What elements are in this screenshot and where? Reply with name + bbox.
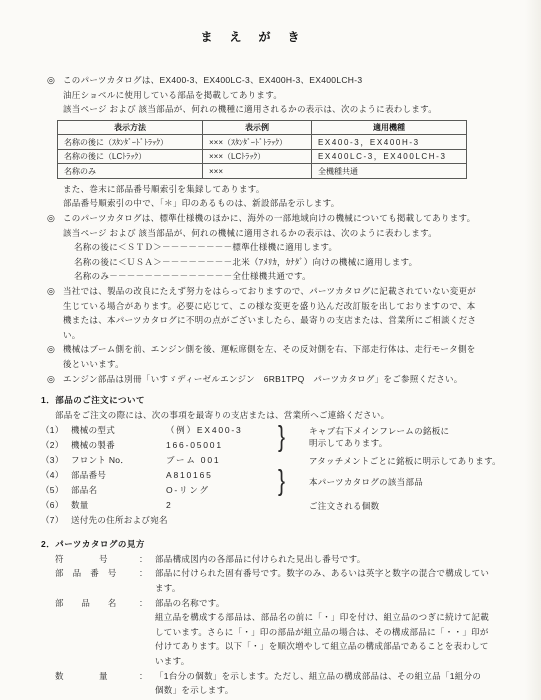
definition-colon: ： [139, 566, 155, 581]
table-cell: ×××（LCﾄﾗｯｸ） [203, 149, 312, 164]
text-line: 名称の後に＜ＳＴＤ＞－－－－－－－－標準仕様機に適用します。 [63, 240, 513, 255]
text-line: 部品番号順索引の中で、「＊」印のあるものは、新設部品を示します。 [63, 196, 513, 211]
text-line: 付けてあります。以下「・」を順次増やして組立品の構成部品であることを表わして [155, 639, 513, 654]
double-circle-bullet-icon: ◎ [47, 73, 63, 88]
definition-row-part-name: 部 品 名 ： 部品の名称です。 組立品を構成する部品は、部品名の前に「・」印を… [55, 596, 513, 669]
preface-note-4: ◎ 機械はブーム側を前、エンジン側を後、運転席側を左、その反対側を右、下部走行体… [47, 342, 513, 371]
item-label: 送付先の住所および宛名 [71, 513, 166, 528]
text-line: 名称のみ－－－－－－－－－－－－－－全仕様機共通です。 [63, 269, 513, 284]
table-cell: 名称のみ [58, 164, 203, 179]
double-circle-bullet-icon: ◎ [47, 372, 63, 387]
item-number: （1） [41, 423, 71, 438]
definition-term: 数 量 [55, 669, 139, 684]
annotation-line: キャブ右下メインフレームの銘板に [309, 425, 449, 437]
item-label: 機械の型式 [71, 423, 166, 438]
table-cell: 名称の後に（LCﾄﾗｯｸ） [58, 149, 203, 164]
definition-row-quantity: 数 量 ： 「1台分の個数」を示します。ただし、組立品の構成部品は、その組立品「… [55, 669, 513, 698]
table-cell: ××× [203, 164, 312, 179]
annotation-quantity: ご注文される個数 [309, 499, 379, 514]
text-line: 名称の後に＜ＵＳＡ＞－－－－－－－－北米（ｱﾒﾘｶ，ｶﾅﾀﾞ）向けの機械に適用し… [63, 255, 513, 270]
document-page: まえがき ◎ このパーツカタログは、EX400-3、EX400LC-3、EX40… [0, 0, 541, 700]
definition-term: 符 号 [55, 552, 139, 567]
text-line: 部品の名称です。 [155, 596, 513, 611]
order-items: （1） 機械の型式 （例）EX400-3 （2） 機械の製番 166-05001… [41, 423, 513, 528]
order-item: （5） 部品名 O-リング [41, 483, 513, 498]
item-number: （3） [41, 453, 71, 468]
definition-colon: ： [139, 596, 155, 611]
definition-colon: ： [139, 669, 155, 684]
table-cell: EX400-3，EX400H-3 [312, 135, 467, 150]
table-cell: 名称の後に（ｽﾀﾝﾀﾞｰﾄﾞﾄﾗｯｸ） [58, 135, 203, 150]
section-heading: 2．パーツカタログの見方 [41, 537, 513, 552]
column-header-display-example: 表示例 [203, 120, 312, 135]
text-line: 当社では、製品の改良にたえず努力をはらっておりますので、パーツカタログに記載され… [63, 284, 513, 299]
table-cell: ×××（ｽﾀﾝﾀﾞｰﾄﾞﾄﾗｯｸ） [203, 135, 312, 150]
preface-note-3: ◎ 当社では、製品の改良にたえず努力をはらっておりますので、パーツカタログに記載… [47, 284, 513, 342]
column-header-applicable-models: 適用機種 [312, 120, 467, 135]
text-line: 機または、本パーツカタログに不明の点がございましたら、最寄りの支店または、営業所… [63, 313, 513, 328]
text-line: 後といいます。 [63, 357, 513, 372]
howto-section: 2．パーツカタログの見方 符 号 ： 部品構成図内の各部品に付けられた見出し番号… [41, 537, 513, 698]
preface-note-2: ◎ このパーツカタログは、標準仕様機のほかに、海外の一部地域向けの機械についても… [47, 211, 513, 284]
table-row: 名称の後に（ｽﾀﾝﾀﾞｰﾄﾞﾄﾗｯｸ） ×××（ｽﾀﾝﾀﾞｰﾄﾞﾄﾗｯｸ） EX… [58, 135, 467, 150]
text-line: エンジン部品は別冊「いすゞディーゼルエンジン 6RB1TPQ パーツカタログ」を… [63, 372, 513, 387]
text-line: このパーツカタログは、標準仕様機のほかに、海外の一部地域向けの機械についても掲載… [63, 211, 513, 226]
order-item: （6） 数量 2 [41, 498, 513, 513]
definition-row-part-number: 部 品 番 号 ： 部品に付けられた固有番号です。数字のみ、あるいは英字と数字の… [55, 566, 513, 595]
table-row: 名称のみ ××× 全機種共通 [58, 164, 467, 179]
text-line: 生じている場合があります。必要に応じて、この様な変更を盛り込んだ改訂版を出してお… [63, 299, 513, 314]
text-line: 油圧ショベルに使用している部品を掲載してあります。 [63, 88, 513, 103]
preface-note-1: ◎ このパーツカタログは、EX400-3、EX400LC-3、EX400H-3、… [47, 73, 513, 211]
item-value: 2 [166, 498, 278, 513]
text-line: 個数」を示します。 [155, 683, 513, 698]
annotation-attachment: アタッチメントごとに銘板に明示してあります。 [309, 454, 501, 469]
definition-colon: ： [139, 552, 155, 567]
item-value: ブーム 001 [166, 453, 278, 468]
table-header-row: 表示方法 表示例 適用機種 [58, 120, 467, 135]
brace-icon: } [278, 418, 285, 459]
definition-term: 部 品 名 [55, 596, 139, 611]
text-line: しています。さらに「・」印の部品が組立品の場合は、その構成部品に「・・」印が [155, 625, 513, 640]
text-line: 部品構成図内の各部品に付けられた見出し番号です。 [155, 552, 513, 567]
double-circle-bullet-icon: ◎ [47, 211, 63, 226]
column-header-display-method: 表示方法 [58, 120, 203, 135]
order-item: （4） 部品番号 A810165 [41, 468, 513, 483]
text-line: い。 [63, 328, 513, 343]
annotation-nameplate: キャブ右下メインフレームの銘板に 明示してあります。 [309, 425, 449, 449]
item-value: （例）EX400-3 [166, 423, 278, 438]
text-line: 「1台分の個数」を示します。ただし、組立品の構成部品は、その組立品「1組分の [155, 669, 513, 684]
item-number: （6） [41, 498, 71, 513]
order-item: （7） 送付先の住所および宛名 [41, 513, 513, 528]
item-label: 部品名 [71, 483, 166, 498]
item-number: （5） [41, 483, 71, 498]
item-number: （7） [41, 513, 71, 528]
item-label: 数量 [71, 498, 166, 513]
item-number: （4） [41, 468, 71, 483]
text-line: 該当ページ および 該当部品が、何れの機械に適用されるかの表示は、次のように表わ… [63, 226, 513, 241]
double-circle-bullet-icon: ◎ [47, 342, 63, 357]
item-value: 166-05001 [166, 438, 278, 453]
text-line: また、巻末に部品番号順索引を集録してあります。 [63, 182, 513, 197]
text-line: 組立品を構成する部品は、部品名の前に「・」印を付け、組立品のつぎに続けて記載 [155, 610, 513, 625]
section-heading: 1．部品のご注文について [41, 393, 513, 408]
page-title: まえがき [47, 28, 453, 45]
text-line: 該当ページ および 該当部品が、何れの機種に適用されるかの表示は、次のように表わ… [63, 102, 513, 117]
annotation-line: 明示してあります。 [309, 437, 449, 449]
item-value: O-リング [166, 483, 278, 498]
text-line: ます。 [155, 581, 513, 596]
definition-term: 部 品 番 号 [55, 566, 139, 581]
table-cell: 全機種共通 [312, 164, 467, 179]
item-label: 機械の製番 [71, 438, 166, 453]
applicability-table: 表示方法 表示例 適用機種 名称の後に（ｽﾀﾝﾀﾞｰﾄﾞﾄﾗｯｸ） ×××（ｽﾀ… [57, 120, 467, 179]
item-value: A810165 [166, 468, 278, 483]
text-line: このパーツカタログは、EX400-3、EX400LC-3、EX400H-3、EX… [63, 73, 513, 88]
annotation-catalog-part: 本パーツカタログの該当部品 [309, 476, 423, 488]
text-line: 部品に付けられた固有番号です。数字のみ、あるいは英字と数字の混合で構成してい [155, 566, 513, 581]
double-circle-bullet-icon: ◎ [47, 284, 63, 299]
order-section: 1．部品のご注文について 部品をご注文の際には、次の事項を最寄りの支店または、営… [41, 393, 513, 528]
item-number: （2） [41, 438, 71, 453]
item-label: フロント No． [71, 453, 166, 468]
definition-row-code: 符 号 ： 部品構成図内の各部品に付けられた見出し番号です。 [55, 552, 513, 567]
preface-note-5: ◎ エンジン部品は別冊「いすゞディーゼルエンジン 6RB1TPQ パーツカタログ… [47, 372, 513, 387]
text-line: 機械はブーム側を前、エンジン側を後、運転席側を左、その反対側を右、下部走行体は、… [63, 342, 513, 357]
item-label: 部品番号 [71, 468, 166, 483]
table-row: 名称の後に（LCﾄﾗｯｸ） ×××（LCﾄﾗｯｸ） EX400LC-3，EX40… [58, 149, 467, 164]
text-line: います。 [155, 654, 513, 669]
table-cell: EX400LC-3，EX400LCH-3 [312, 149, 467, 164]
brace-icon: } [278, 462, 285, 503]
